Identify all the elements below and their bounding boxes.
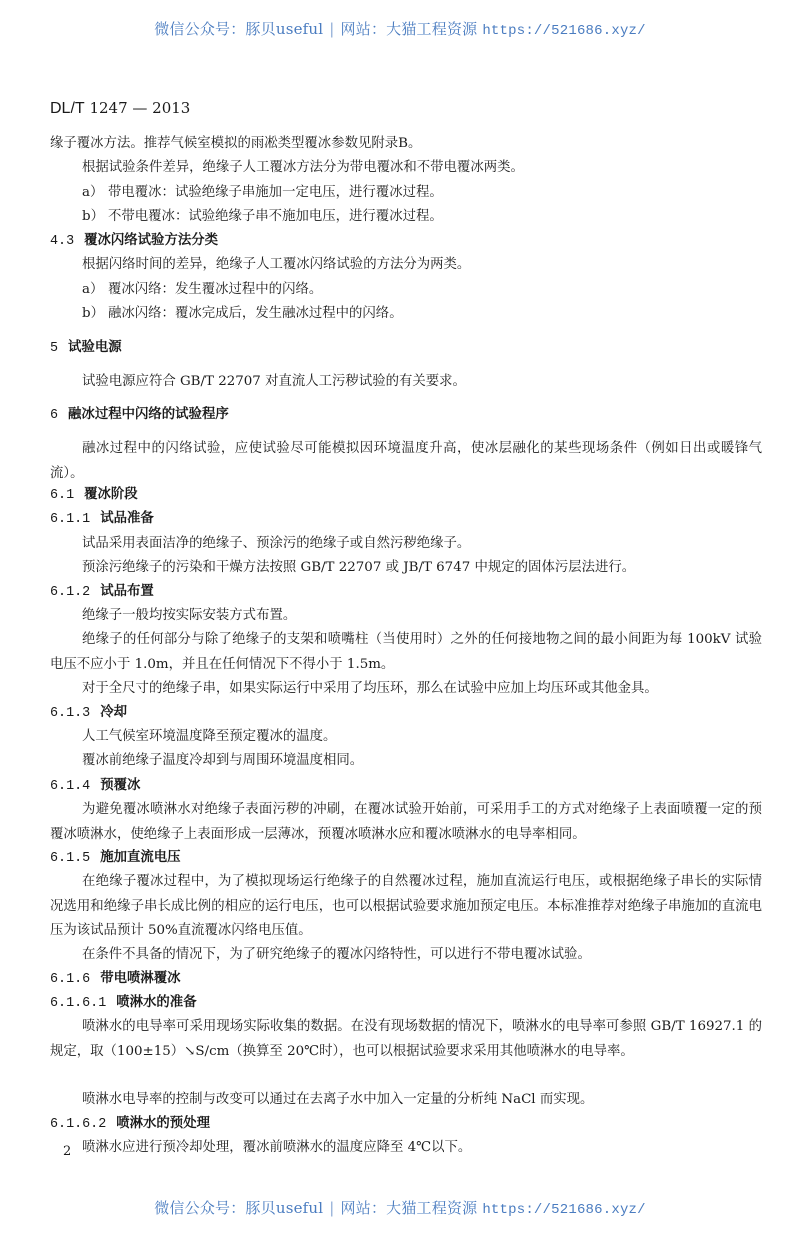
list-item-text: 不带电覆冰：试验绝缘子串不施加电压，进行覆冰过程。 bbox=[108, 209, 443, 224]
paragraph: 喷淋水的电导率可采用现场实际收集的数据。在没有现场数据的情况下，喷淋水的电导率可… bbox=[50, 1015, 762, 1064]
text-line: 喷淋水应进行预冷却处理，覆冰前喷淋水的温度应降至 4℃以下。 bbox=[82, 1138, 471, 1158]
section-title: 带电喷淋覆冰 bbox=[100, 971, 180, 986]
watermark-footer: 微信公众号：豚贝useful|网站：大猫工程资源 https://521686.… bbox=[0, 1197, 800, 1218]
text-line: 在条件不具备的情况下，为了研究绝缘子的覆冰闪络特性，可以进行不带电覆冰试验。 bbox=[82, 945, 591, 965]
list-item: a）带电覆冰：试验绝缘子串施加一定电压，进行覆冰过程。 bbox=[82, 183, 443, 203]
section-heading-6-1-6-2: 6.1.6.2喷淋水的预处理 bbox=[50, 1114, 210, 1134]
section-title: 喷淋水的预处理 bbox=[116, 1116, 210, 1131]
doc-number: 1247 — 2013 bbox=[89, 99, 190, 117]
section-heading-6-1-1: 6.1.1试品准备 bbox=[50, 509, 154, 529]
section-number: 6.1.6.1 bbox=[50, 994, 106, 1014]
watermark-separator: | bbox=[329, 20, 334, 38]
section-title: 融冰过程中闪络的试验程序 bbox=[68, 407, 229, 422]
paragraph: 绝缘子的任何部分与除了绝缘子的支架和喷嘴柱（当使用时）之外的任何接地物之间的最小… bbox=[50, 628, 762, 677]
section-number: 4.3 bbox=[50, 232, 74, 252]
text-line: 试品采用表面洁净的绝缘子、预涂污的绝缘子或自然污秽绝缘子。 bbox=[82, 534, 470, 554]
section-heading-5: 5试验电源 bbox=[50, 338, 122, 358]
list-item: b）融冰闪络：覆冰完成后，发生融冰过程中的闪络。 bbox=[82, 304, 403, 324]
section-heading-6-1: 6.1覆冰阶段 bbox=[50, 485, 138, 505]
page-number: 2 bbox=[63, 1144, 71, 1159]
text-line: 根据试验条件差异，绝缘子人工覆冰方法分为带电覆冰和不带电覆冰两类。 bbox=[82, 158, 524, 178]
section-heading-6: 6融冰过程中闪络的试验程序 bbox=[50, 405, 229, 425]
text-line: 试验电源应符合 GB/T 22707 对直流人工污秽试验的有关要求。 bbox=[82, 372, 466, 392]
list-item-text: 带电覆冰：试验绝缘子串施加一定电压，进行覆冰过程。 bbox=[108, 185, 443, 200]
document-code: DL/T 1247 — 2013 bbox=[50, 99, 190, 118]
section-heading-6-1-4: 6.1.4预覆冰 bbox=[50, 776, 140, 796]
paragraph: 在绝缘子覆冰过程中，为了模拟现场运行绝缘子的自然覆冰过程，施加直流运行电压，或根… bbox=[50, 870, 762, 944]
section-number: 6.1.5 bbox=[50, 849, 90, 869]
text-line: 对于全尺寸的绝缘子串，如果实际运行中采用了均压环，那么在试验中应加上均压环或其他… bbox=[82, 679, 658, 699]
section-heading-6-1-5: 6.1.5施加直流电压 bbox=[50, 848, 181, 868]
list-item: b）不带电覆冰：试验绝缘子串不施加电压，进行覆冰过程。 bbox=[82, 207, 443, 227]
text-line: 喷淋水电导率的控制与改变可以通过在去离子水中加入一定量的分析纯 NaCl 而实现… bbox=[82, 1090, 593, 1110]
watermark-url[interactable]: https://521686.xyz/ bbox=[482, 1202, 645, 1218]
section-title: 喷淋水的准备 bbox=[116, 995, 196, 1010]
section-number: 6.1.2 bbox=[50, 583, 90, 603]
section-title: 冷却 bbox=[100, 705, 127, 720]
section-heading-6-1-3: 6.1.3冷却 bbox=[50, 703, 127, 723]
watermark-header: 微信公众号：豚贝useful|网站：大猫工程资源 https://521686.… bbox=[0, 18, 800, 39]
section-number: 6.1.3 bbox=[50, 704, 90, 724]
section-title: 试品准备 bbox=[100, 511, 154, 526]
text-line: 缘子覆冰方法。推荐气候室模拟的雨凇类型覆冰参数见附录B。 bbox=[50, 134, 421, 154]
section-number: 6 bbox=[50, 406, 58, 426]
text-line: 人工气候室环境温度降至预定覆冰的温度。 bbox=[82, 727, 336, 747]
list-marker: b） bbox=[82, 304, 108, 324]
section-title: 覆冰阶段 bbox=[84, 487, 138, 502]
paragraph: 为避免覆冰喷淋水对绝缘子表面污秽的冲刷，在覆冰试验开始前，可采用手工的方式对绝缘… bbox=[50, 798, 762, 847]
list-item-text: 融冰闪络：覆冰完成后，发生融冰过程中的闪络。 bbox=[108, 306, 403, 321]
watermark-wechat: 微信公众号：豚贝useful bbox=[154, 1199, 323, 1217]
section-heading-6-1-6-1: 6.1.6.1喷淋水的准备 bbox=[50, 993, 197, 1013]
section-number: 6.1.4 bbox=[50, 777, 90, 797]
section-number: 6.1.1 bbox=[50, 510, 90, 530]
section-number: 6.1.6.2 bbox=[50, 1115, 106, 1135]
section-number: 6.1 bbox=[50, 486, 74, 506]
section-heading-4-3: 4.3覆冰闪络试验方法分类 bbox=[50, 231, 218, 251]
text-line: 绝缘子一般均按实际安装方式布置。 bbox=[82, 606, 296, 626]
list-item: a）覆冰闪络：发生覆冰过程中的闪络。 bbox=[82, 280, 322, 300]
list-item-text: 覆冰闪络：发生覆冰过程中的闪络。 bbox=[108, 282, 322, 297]
section-number: 6.1.6 bbox=[50, 970, 90, 990]
section-number: 5 bbox=[50, 339, 58, 359]
list-marker: a） bbox=[82, 183, 108, 203]
section-title: 预覆冰 bbox=[100, 778, 140, 793]
section-title: 施加直流电压 bbox=[100, 850, 180, 865]
section-heading-6-1-6: 6.1.6带电喷淋覆冰 bbox=[50, 969, 181, 989]
text-line: 覆冰前绝缘子温度冷却到与周围环境温度相同。 bbox=[82, 751, 363, 771]
text-line: 预涂污绝缘子的污染和干燥方法按照 GB/T 22707 或 JB/T 6747 … bbox=[82, 558, 635, 578]
watermark-site: 网站：大猫工程资源 bbox=[341, 1199, 478, 1217]
section-title: 试验电源 bbox=[68, 340, 122, 355]
paragraph: 融冰过程中的闪络试验，应使试验尽可能模拟因环境温度升高，使冰层融化的某些现场条件… bbox=[50, 437, 762, 486]
section-title: 试品布置 bbox=[100, 584, 154, 599]
list-marker: b） bbox=[82, 207, 108, 227]
watermark-wechat: 微信公众号：豚贝useful bbox=[154, 20, 323, 38]
watermark-separator: | bbox=[329, 1199, 334, 1217]
watermark-url[interactable]: https://521686.xyz/ bbox=[482, 23, 645, 39]
section-heading-6-1-2: 6.1.2试品布置 bbox=[50, 582, 154, 602]
list-marker: a） bbox=[82, 280, 108, 300]
section-title: 覆冰闪络试验方法分类 bbox=[84, 233, 218, 248]
doc-prefix: DL/T bbox=[50, 100, 85, 117]
text-line: 根据闪络时间的差异，绝缘子人工覆冰闪络试验的方法分为两类。 bbox=[82, 255, 470, 275]
watermark-site: 网站：大猫工程资源 bbox=[341, 20, 478, 38]
